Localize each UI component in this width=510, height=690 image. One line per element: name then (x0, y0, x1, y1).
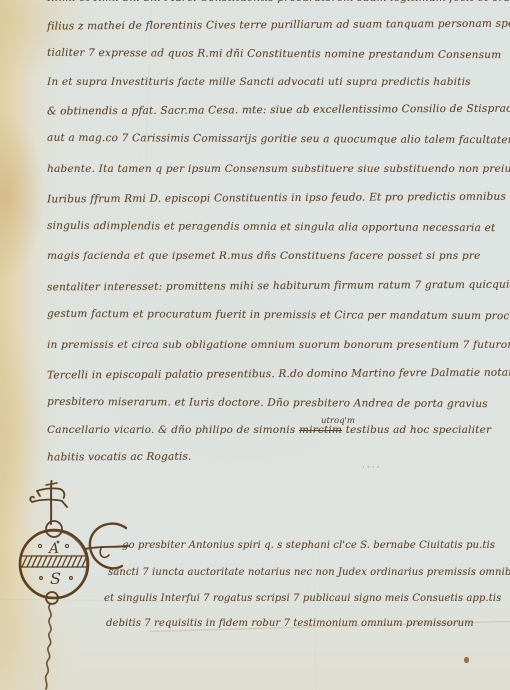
manuscript-line: singulis adimplendis et peragendis omnia… (47, 219, 510, 235)
seal-letter-a: A (47, 541, 59, 557)
manuscript-line: gestum factum et procuratum fuerit in pr… (47, 307, 510, 323)
notary-line: sancti 7 iuncta auctoritate notarius nec… (108, 566, 510, 579)
ink-spot (464, 657, 469, 663)
manuscript-line: filius z mathei de florentinis Cives ter… (47, 17, 510, 34)
notary-line: et singulis Interfui 7 rogatus scripsi 7… (104, 592, 501, 605)
marginal-dots: ···· (362, 463, 381, 473)
manuscript-line: habente. Ita tamen q per ipsum Consensum… (47, 162, 510, 176)
seal-dot (38, 544, 41, 547)
fold-crease-vertical-bottom (311, 540, 317, 690)
manuscript-line: in premissis et circa sub obligatione om… (47, 338, 510, 352)
seal-hatched-band (20, 556, 88, 567)
line-segment: Cancellario vicario. & dño philipo de si… (47, 424, 299, 436)
seal-letter-s: S (50, 569, 61, 588)
manuscript-line: sentaliter interesset: promittens mihi s… (47, 278, 510, 295)
seal-dot (70, 577, 73, 580)
notary-line: go presbiter Antonius spiri q. s stephan… (122, 539, 495, 552)
manuscript-line: & obtinendis a pfat. Sacr.ma Cesa. mte: … (47, 102, 510, 119)
manuscript-line: magis facienda et que ipsemet R.mus dñs … (47, 249, 510, 263)
manuscript-line: aut a mag.co 7 Carissimis Comissarijs go… (47, 131, 510, 147)
manuscript-line-partial: Ill.mi et R.mi dñi dñi Marci Constituent… (47, 0, 510, 5)
manuscript-page: Ill.mi et R.mi dñi dñi Marci Constituent… (0, 0, 510, 690)
manuscript-line-with-correction: Cancellario vicario. & dño philipo de si… (47, 423, 510, 437)
manuscript-line: Iuribus ffrum Rmi D. episcopi Constituen… (47, 190, 510, 207)
manuscript-line: presbitero miserarum. et Iuris doctore. … (47, 395, 510, 411)
manuscript-line: tialiter 7 expresse ad quos R.mi dñi Con… (47, 46, 510, 62)
interlinear-correction: utroq'm (321, 416, 355, 426)
notary-line: debitis 7 requisitis in fidem robur 7 te… (106, 617, 474, 630)
manuscript-line: Tercelli in episcopali palatio presentib… (47, 366, 510, 383)
seal-orb: A S (20, 521, 88, 604)
notary-signum-drawing: A S (5, 476, 105, 690)
line-segment: testibus ad hoc specialiter (342, 424, 491, 436)
seal-dot (40, 577, 43, 580)
manuscript-line: habitis vocatis ac Rogatis. (47, 448, 510, 465)
manuscript-line: In et supra Investituris facte mille San… (47, 75, 510, 89)
seal-squiggle-tail (46, 604, 52, 689)
seal-dot (65, 544, 68, 547)
patriarchal-cross-icon (30, 481, 67, 524)
